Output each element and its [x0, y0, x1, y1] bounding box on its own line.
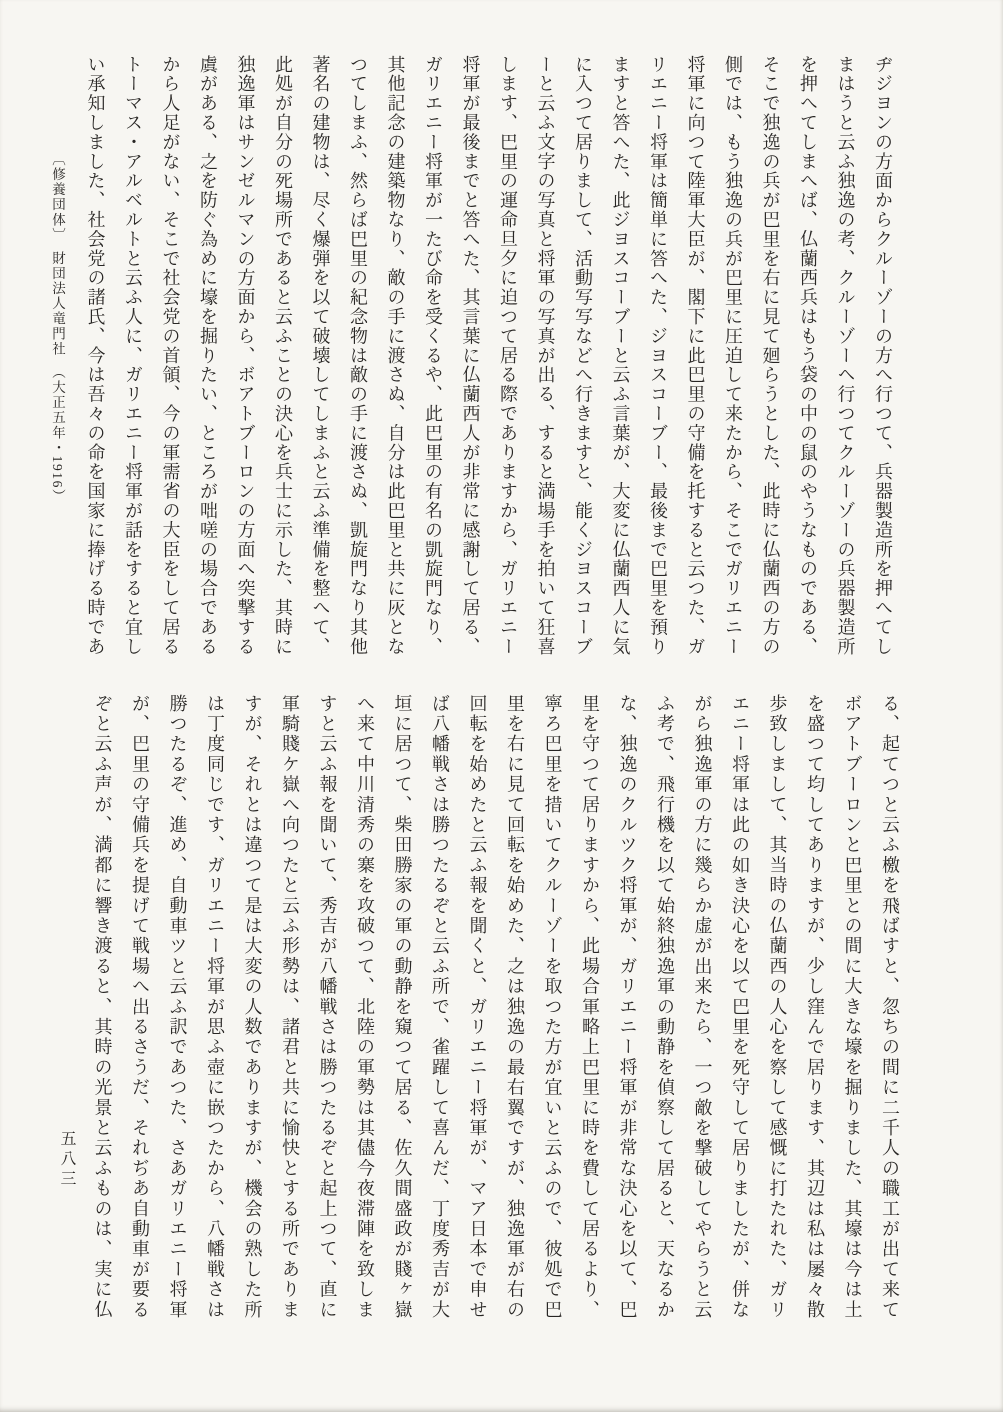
text-column: ガリエニー将軍が一たび命を受くるや、此巴里の有名の凱旋門なり、 — [414, 55, 452, 679]
text-column: を押へてしまへば、仏蘭西兵はもう袋の中の鼠のやうなものである、 — [789, 55, 827, 679]
text-column: トーマス・アルベルトと云ふ人に、ガリエニー将軍が話をすると宜し — [114, 55, 152, 679]
text-column: ぞと云ふ声が、満都に響き渡ると、其時の光景と云ふものは、実に仏 — [83, 694, 121, 1350]
text-column: 此処が自分の死場所であると云ふことの決心を兵士に示した、其時に — [264, 55, 302, 679]
text-column: ますと答へた、此ジヨスコーブーと云ふ言葉が、大変に仏蘭西人に気 — [601, 55, 639, 679]
source-attribution: 〔修養団体〕 財団法人竜門社 （大正五年・1916） — [39, 55, 77, 679]
text-column: すと云ふ報を聞いて、秀吉が八幡戦さは勝つたるぞと起上つて、直に — [308, 694, 346, 1350]
text-column: すが、それとは違つて是は大変の人数でありますが、機会の熟した所 — [233, 694, 271, 1350]
text-column: な、独逸のクルツク将軍が、ガリエニー将軍が非常な決心を以て、巴 — [608, 694, 646, 1350]
top-text-block: ヂジヨンの方面からクルーゾーの方へ行つて、兵器製造所を押へてし まはうと云ふ独逸… — [39, 55, 902, 679]
text-column: ーと云ふ文字の写真と将軍の写真が出る、すると満場手を拍いて狂喜 — [526, 55, 564, 679]
text-column: 其他記念の建築物なり、敵の手に渡さぬ、自分は此巴里と共に灰とな — [376, 55, 414, 679]
text-column: る、起てつと云ふ檄を飛ばすと、忽ちの間に二千人の職工が出て来て — [871, 694, 909, 1350]
text-column: まはうと云ふ独逸の考、クルーゾーヘ行つてクルーゾーの兵器製造所 — [826, 55, 864, 679]
text-column: 里を守つて居りますから、此場合軍略上巴里に時を費して居るより、 — [571, 694, 609, 1350]
text-column: ヂジヨンの方面からクルーゾーの方へ行つて、兵器製造所を押へてし — [864, 55, 902, 679]
text-column: 垣に居つて、柴田勝家の軍の動静を窺つて居る、佐久間盛政が賤ヶ嶽 — [383, 694, 421, 1350]
text-column: 著名の建物は、尽く爆弾を以て破壊してしまふと云ふ準備を整へて、 — [301, 55, 339, 679]
text-column: に入つて居りまして、活動写写などへ行きますと、能くジヨスコーブ — [564, 55, 602, 679]
text-column: 歩致しまして、其当時の仏蘭西の人心を察して感慨に打たれた、ガリ — [758, 694, 796, 1350]
text-column: リエニー将軍は簡単に答へた、ジヨスコーブー、最後まで巴里を預り — [639, 55, 677, 679]
text-column: つてしまふ、然らば巴里の紀念物は敵の手に渡さぬ、凱旋門なり其他 — [339, 55, 377, 679]
text-column: そこで独逸の兵が巴里を右に見て廻らうとした、此時に仏蘭西の方の — [751, 55, 789, 679]
text-column: 回転を始めたと云ふ報を聞くと、ガリエニー将軍が、マア日本で申せ — [458, 694, 496, 1350]
text-column: 勝つたるぞ、進め、自動車ツと云ふ訳であつた、さあガリエニー将軍 — [158, 694, 196, 1350]
text-column: い承知しました、社会党の諸氏、今は吾々の命を国家に捧げる時であ — [76, 55, 114, 679]
text-column: します、巴里の運命旦夕に迫つて居る際でありますから、ガリエニー — [489, 55, 527, 679]
text-column: 将軍が最後までと答へた、其言葉に仏蘭西人が非常に感謝して居る、 — [451, 55, 489, 679]
text-column: 里を右に見て回転を始めた、之は独逸の最右翼ですが、独逸軍が右の — [496, 694, 534, 1350]
text-column: がら独逸軍の方に幾らか虚が出来たら、一つ敵を撃破してやらうと云 — [683, 694, 721, 1350]
text-column: から人足がない、そこで社会党の首領、今の軍需省の大臣をして居る — [151, 55, 189, 679]
text-column: 側では、もう独逸の兵が巴里に圧迫して来たから、そこでガリエニー — [714, 55, 752, 679]
text-column: 将軍に向つて陸軍大臣が、閣下に此巴里の守備を托すると云つた、ガ — [676, 55, 714, 679]
text-column: を盛つて均してありますが、少し窪んで居ります、其辺は私は屡々散 — [796, 694, 834, 1350]
page-number: 五八三 — [55, 1130, 78, 1190]
text-column: が、巴里の守備兵を提げて戦場へ出るさうだ、それぢあ自動車が要る — [121, 694, 159, 1350]
text-column: 虞がある、之を防ぐ為めに壕を掘りたい、ところが咄嗟の場合である — [189, 55, 227, 679]
text-column: ボアトブーロンと巴里との間に大きな壕を掘りました、其壕は今は土 — [833, 694, 871, 1350]
text-column: へ来て中川清秀の寨を攻破つて、北陸の軍勢は其儘今夜滞陣を致しま — [346, 694, 384, 1350]
text-column: エニー将軍は此の如き決心を以て巴里を死守して居りましたが、併な — [721, 694, 759, 1350]
text-column: ば八幡戦さは勝つたるぞと云ふ所で、雀躍して喜んだ、丁度秀吉が大 — [421, 694, 459, 1350]
bottom-text-block: る、起てつと云ふ檄を飛ばすと、忽ちの間に二千人の職工が出て来て ボアトブーロンと… — [83, 694, 908, 1350]
book-page: ヂジヨンの方面からクルーゾーの方へ行つて、兵器製造所を押へてし まはうと云ふ独逸… — [0, 0, 1003, 1412]
text-column: 寧ろ巴里を措いてクルーゾーを取つた方が宜いと云ふので、彼処で巴 — [533, 694, 571, 1350]
text-column: ふ考で、飛行機を以て始終独逸軍の動静を偵察して居ると、天なるか — [646, 694, 684, 1350]
text-column: 軍騎賤ケ嶽へ向つたと云ふ形勢は、諸君と共に愉快とする所でありま — [271, 694, 309, 1350]
text-column: 独逸軍はサンゼルマンの方面から、ボアトブーロンの方面へ突撃する — [226, 55, 264, 679]
text-column: は丁度同じです、ガリエニー将軍が思ふ壺に嵌つたから、八幡戦さは — [196, 694, 234, 1350]
